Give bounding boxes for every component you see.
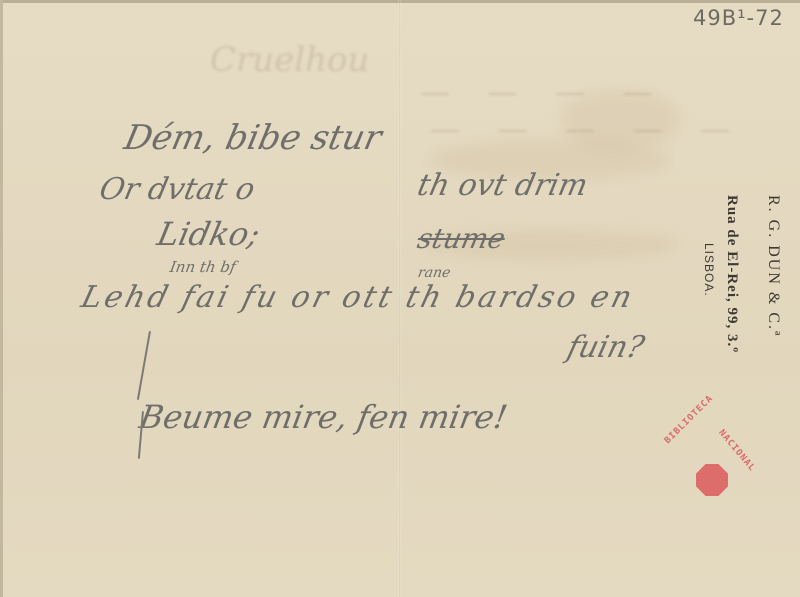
bleed-through-text: — — — —	[420, 75, 667, 110]
archive-reference: 49B¹-72	[693, 6, 784, 30]
handwritten-line: Or dvtat o	[96, 172, 258, 207]
stamp-text-right: NACIONAL	[716, 428, 757, 474]
letterhead-address: Rua de El-Rei, 99, 3.º	[723, 195, 740, 353]
handwritten-line-struck: stume	[414, 222, 508, 255]
page-edge-left	[0, 0, 3, 597]
pencil-stroke	[137, 331, 151, 400]
bleed-through-text: — — — — —	[430, 112, 744, 147]
handwritten-line: Lidko;	[154, 215, 263, 253]
handwritten-line: Dém, bibe stur	[121, 118, 385, 158]
handwritten-line: Beume mire, fen mire!	[137, 398, 511, 436]
handwritten-insertion: rane	[417, 265, 452, 281]
handwritten-line: fuin?	[564, 330, 648, 365]
handwritten-line: Lehd fai fu or ott th bardso en	[78, 280, 639, 315]
library-stamp: BIBLIOTECA NACIONAL	[668, 430, 768, 520]
handwritten-line: th ovt drim	[414, 168, 591, 203]
document-page: Cruelhou — — — — — — — — — 49B¹-72 Dém, …	[0, 0, 800, 597]
handwritten-insertion: Inn th bf	[168, 258, 237, 276]
letterhead: R. G. DUN & C.ª Rua de El-Rei, 99, 3.º L…	[688, 195, 798, 355]
letterhead-company: R. G. DUN & C.ª	[764, 195, 782, 337]
stamp-seal-icon	[696, 464, 728, 496]
letterhead-city: LISBOA.	[702, 243, 716, 297]
stamp-text-left: BIBLIOTECA	[663, 394, 715, 446]
bleed-through-text: Cruelhou	[210, 40, 369, 80]
